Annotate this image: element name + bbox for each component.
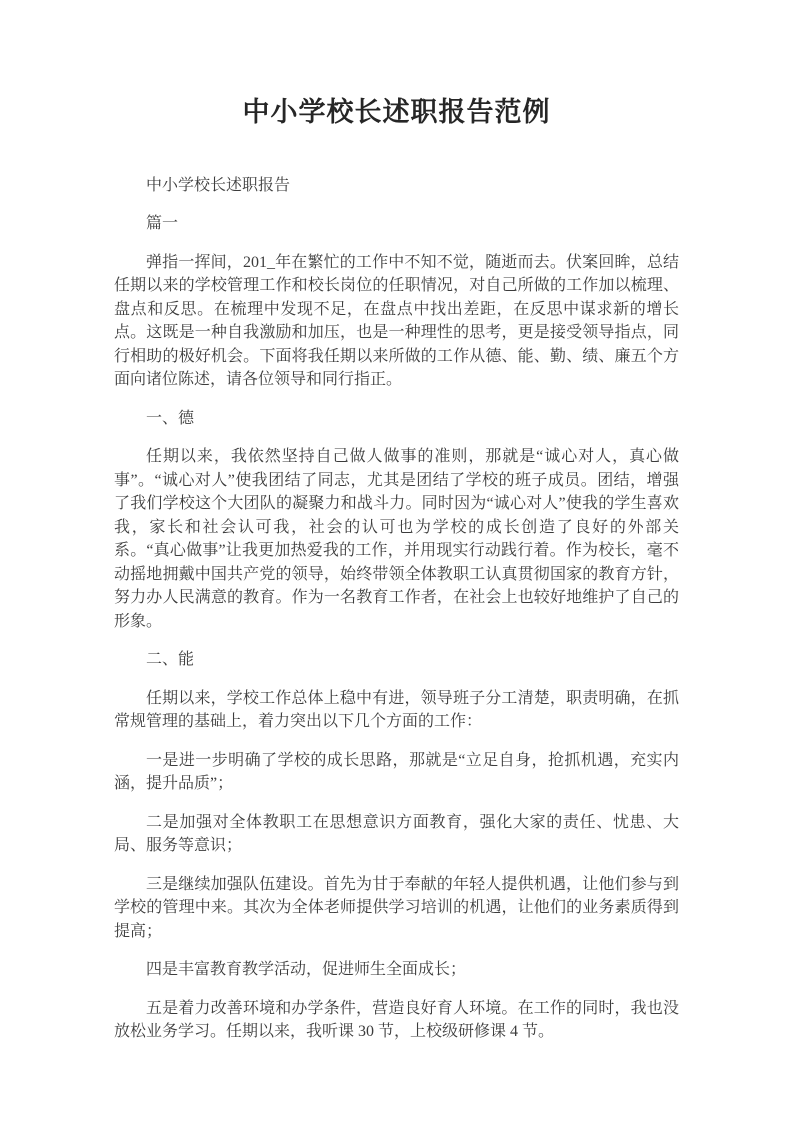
heading-ability: 二、能 bbox=[114, 648, 679, 672]
document-title: 中小学校长述职报告范例 bbox=[114, 96, 679, 130]
section-label-part-one: 篇一 bbox=[114, 212, 679, 236]
paragraph-point-1: 一是进一步明确了学校的成长思路，那就是“立足自身，抢抓机遇，充实内涵，提升品质”… bbox=[114, 749, 679, 796]
paragraph-point-4: 四是丰富教育教学活动，促进师生全面成长； bbox=[114, 958, 679, 982]
paragraph-intro: 弹指一挥间，201_年在繁忙的工作中不知不觉，随逝而去。伏案回眸，总结任期以来的… bbox=[114, 251, 679, 392]
paragraph-point-3: 三是继续加强队伍建设。首先为甘于奉献的年轻人提供机遇，让他们参与到学校的管理中来… bbox=[114, 873, 679, 944]
heading-virtue: 一、德 bbox=[114, 407, 679, 431]
paragraph-point-5: 五是着力改善环境和办学条件，营造良好育人环境。在工作的同时，我也没放松业务学习。… bbox=[114, 997, 679, 1044]
paragraph-virtue: 任期以来，我依然坚持自己做人做事的准则，那就是“诚心对人，真心做事”。“诚心对人… bbox=[114, 445, 679, 633]
paragraph-point-2: 二是加强对全体教职工在思想意识方面教育，强化大家的责任、忧患、大局、服务等意识； bbox=[114, 811, 679, 858]
paragraph-ability-intro: 任期以来，学校工作总体上稳中有进，领导班子分工清楚，职责明确，在抓常规管理的基础… bbox=[114, 687, 679, 734]
document-subtitle: 中小学校长述职报告 bbox=[114, 174, 679, 198]
document-page: 中小学校长述职报告范例 中小学校长述职报告 篇一 弹指一挥间，201_年在繁忙的… bbox=[0, 0, 793, 1122]
